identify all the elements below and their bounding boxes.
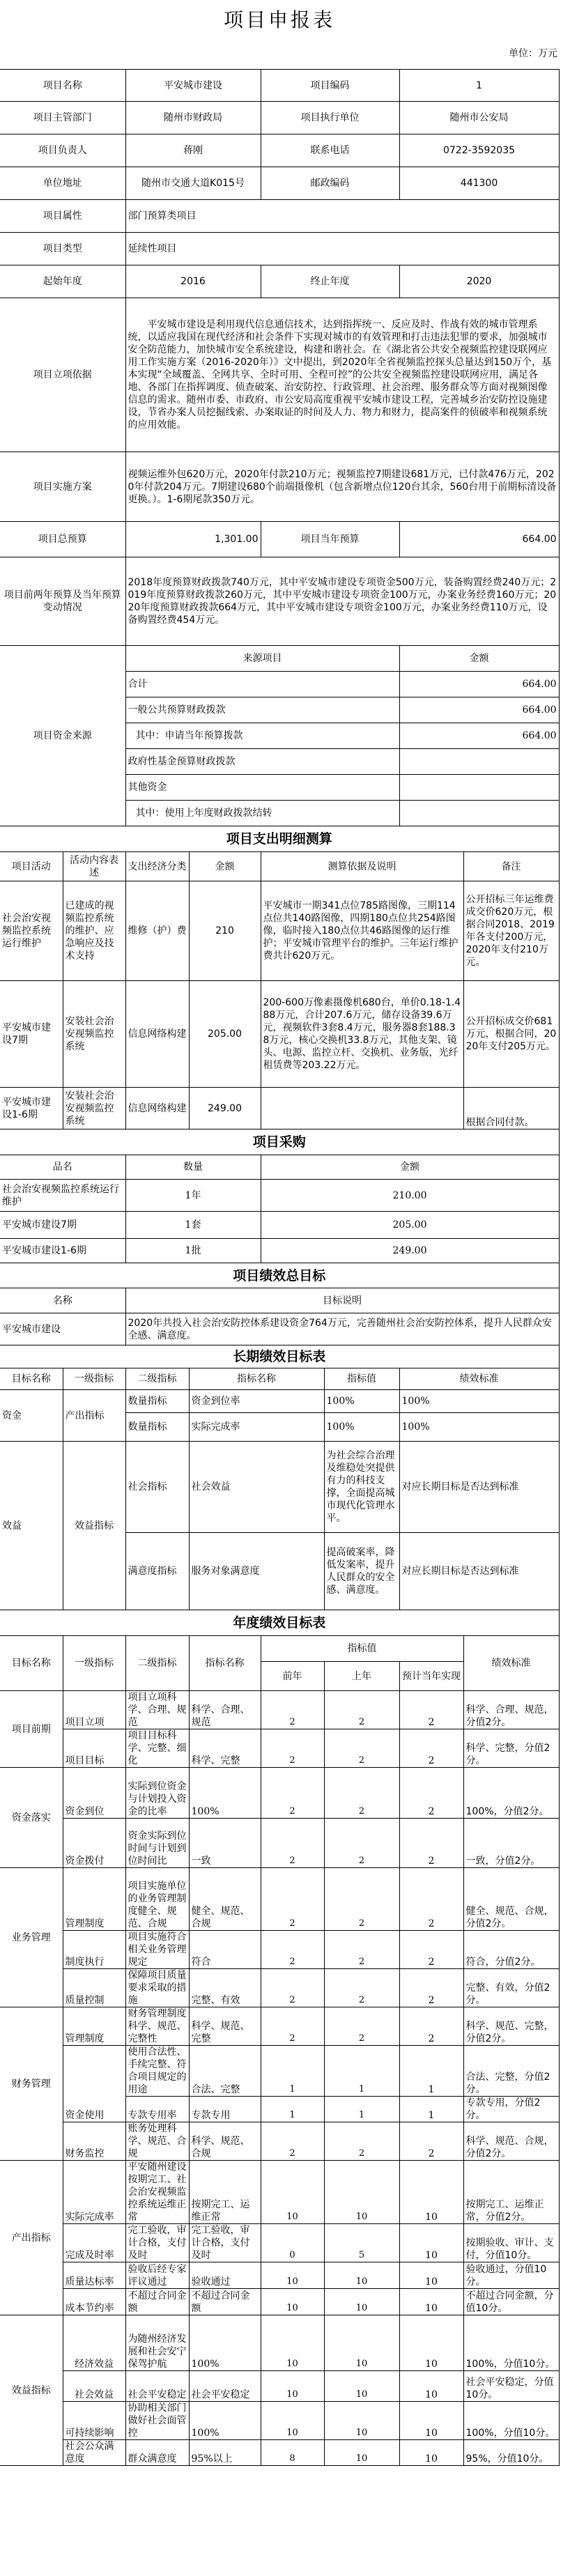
an-prev1: 2 <box>324 1729 399 1768</box>
label-type: 项目类型 <box>0 233 125 265</box>
an-prev2: 2 <box>261 1729 324 1768</box>
label-basis: 项目立项依据 <box>0 298 125 452</box>
an-current: 1 <box>399 2097 463 2122</box>
section-title-overall-goal: 项目绩效总目标 <box>0 1263 559 1288</box>
an-level1: 实际完成率 <box>63 2161 125 2224</box>
an-current: 10 <box>399 2440 463 2466</box>
an-prev2: 0 <box>261 2224 324 2262</box>
an-name: 一致 <box>189 1819 261 1868</box>
an-goal: 项目前期 <box>0 1691 63 1768</box>
an-level2: 完工验收，审计合格，支付及时 <box>125 2224 189 2262</box>
label-end-year: 终止年度 <box>261 265 399 298</box>
expenditure-row: 平安城市建设1-6期 安装社会治安视频监控系统 信息网络构建 249.00 根据… <box>0 1088 559 1129</box>
row-history: 项目前两年预算及当年预算变动情况 2018年度预算财政拨款740万元，其中平安城… <box>0 557 559 646</box>
an-level2: 验收后经专家评议通过 <box>125 2262 189 2289</box>
exp-basis: 200-600万像素摄像机680台，单价0.18-1.488万元，合计207.6… <box>261 981 463 1088</box>
an-level1: 社会公众满意度 <box>63 2440 125 2466</box>
annual-row: 质量达标率 验收后经专家评议通过 验收通过 10 10 10 验收通过，分值10… <box>0 2262 559 2289</box>
col-proc-amount: 金额 <box>261 1155 559 1180</box>
exp-basis <box>261 1088 463 1129</box>
proc-name: 平安城市建设1-6期 <box>0 1239 125 1263</box>
overall-goal-header-row: 名称 目标说明 <box>0 1288 559 1313</box>
exp-category: 信息网络构建 <box>125 981 189 1088</box>
an-current: 2 <box>399 1768 463 1819</box>
an-prev2: 10 <box>261 2315 324 2371</box>
label-year-budget: 项目当年预算 <box>261 522 399 557</box>
section-title-expenditure: 项目支出明细测算 <box>0 826 559 852</box>
annual-row: 成本节约率 不超过合同金额 不超过合同金额 10 10 10 不超过合同金额，分… <box>0 2289 559 2315</box>
row-plan: 项目实施方案 视频运维外包620万元，2020年付款210万元；视频监控7期建设… <box>0 452 559 522</box>
lt-standard: 对应长期目标是否达到标准 <box>399 1442 559 1533</box>
an-level1: 项目目标 <box>63 1729 125 1768</box>
an-goal: 财务管理 <box>0 2007 63 2161</box>
an-level2: 专款专用率 <box>125 2097 189 2122</box>
lt-col-standard: 绩效标准 <box>399 1368 559 1390</box>
an-current: 10 <box>399 2224 463 2262</box>
long-term-title-row: 长期绩效目标表 <box>0 1345 559 1368</box>
exp-note: 公开招标成交价681万元，根据合同，2020年支付205万元。 <box>463 981 559 1088</box>
an-col-value-group: 指标值 <box>261 1636 463 1662</box>
lt-standard: 100% <box>399 1413 559 1442</box>
an-prev2: 10 <box>261 2371 324 2402</box>
an-goal: 资金落实 <box>0 1768 63 1868</box>
exp-content: 已建成的视频监控系统的维护、应急响应及技术支持 <box>63 881 125 981</box>
annual-row: 质量控制 保障项目质量要求采取的措施 完整、有效 2 2 2 完整、有效，分值2… <box>0 1969 559 2007</box>
col-item-name: 品名 <box>0 1155 125 1180</box>
an-goal: 效益指标 <box>0 2315 63 2466</box>
an-prev2: 10 <box>261 2289 324 2315</box>
an-prev1: 2 <box>324 1969 399 2007</box>
value-attribute: 部门预算类项目 <box>125 200 559 233</box>
an-level1: 管理制度 <box>63 2007 125 2046</box>
label-leader: 项目负责人 <box>0 134 125 167</box>
lt-name: 资金到位率 <box>189 1390 324 1413</box>
value-history: 2018年度预算财政拨款740万元，其中平安城市建设专项资金500万元，装备购置… <box>125 557 559 646</box>
lt-col-goal: 目标名称 <box>0 1368 63 1390</box>
an-prev1: 10 <box>324 2371 399 2402</box>
funding-header-row: 项目资金来源 来源项目 金额 <box>0 646 559 672</box>
an-col-goal: 目标名称 <box>0 1636 63 1691</box>
lt-standard: 100% <box>399 1390 559 1413</box>
lt-value: 提高破案率，降低发案率，提升人民群众的安全感、满意度。 <box>324 1533 399 1610</box>
long-term-row: 资金 产出指标 数量指标 资金到位率 100% 100% <box>0 1390 559 1413</box>
row-project-name: 项目名称 平安城市建设 项目编码 1 <box>0 70 559 102</box>
an-current: 10 <box>399 2289 463 2315</box>
an-name: 科学、规范、完整 <box>189 2007 261 2046</box>
exp-activity: 平安城市建设7期 <box>0 981 63 1088</box>
an-name: 科学、规范、合规 <box>189 2122 261 2161</box>
lt-goal: 资金 <box>0 1390 63 1442</box>
value-start-year: 2016 <box>125 265 261 298</box>
an-goal: 业务管理 <box>0 1868 63 2007</box>
an-col-level1: 一级指标 <box>63 1636 125 1691</box>
row-budget: 项目总预算 1,301.00 项目当年预算 664.00 <box>0 522 559 557</box>
exp-note: 根据合同付款。 <box>463 1088 559 1129</box>
col-goal-description: 目标说明 <box>125 1288 559 1313</box>
lt-col-level1: 一级指标 <box>63 1368 125 1390</box>
an-standard: 一致，分值2分。 <box>463 1819 559 1868</box>
an-level2: 资金实际到位时间与计划到位时间比 <box>125 1819 189 1868</box>
overall-goal-title-row: 项目绩效总目标 <box>0 1263 559 1288</box>
an-standard: 科学、规范、合规，分值2分。 <box>463 2122 559 2161</box>
label-project-name: 项目名称 <box>0 70 125 102</box>
label-funding: 项目资金来源 <box>0 646 125 826</box>
proc-qty: 1年 <box>125 1180 261 1212</box>
an-name: 社会平安稳定 <box>189 2371 261 2402</box>
an-name: 合法、完整 <box>189 2046 261 2097</box>
annual-row: 业务管理 管理制度 项目实施单位的业务管理制度健全、规范、合规 健全、规范、合规… <box>0 1868 559 1931</box>
an-col-level2: 二级指标 <box>125 1636 189 1691</box>
an-current: 2 <box>399 1969 463 2007</box>
funding-source-name: 政府性基金预算财政拨款 <box>125 749 399 775</box>
exp-activity: 平安城市建设1-6期 <box>0 1088 63 1129</box>
section-title-procurement: 项目采购 <box>0 1129 559 1155</box>
funding-source-name: 其他资金 <box>125 775 399 801</box>
an-standard: 专款专用，分值2分。 <box>463 2097 559 2122</box>
an-prev2: 1 <box>261 2046 324 2097</box>
an-prev1: 10 <box>324 2440 399 2466</box>
an-current: 2 <box>399 1819 463 1868</box>
label-postcode: 邮政编码 <box>261 167 399 200</box>
an-name: 健全、规范、合规 <box>189 1868 261 1931</box>
lt-level2: 数量指标 <box>125 1390 189 1413</box>
col-note: 备注 <box>463 852 559 881</box>
value-leader: 蒋刚 <box>125 134 261 167</box>
lt-level2: 社会指标 <box>125 1442 189 1533</box>
annual-header-row: 目标名称 一级指标 二级指标 指标名称 指标值 绩效标准 <box>0 1636 559 1662</box>
an-name: 100% <box>189 1768 261 1819</box>
an-prev1: 10 <box>324 2289 399 2315</box>
lt-name: 社会效益 <box>189 1442 324 1533</box>
an-level2: 财务管理制度科学、规范、完整性 <box>125 2007 189 2046</box>
value-project-code: 1 <box>399 70 559 102</box>
an-level1: 质量达标率 <box>63 2262 125 2289</box>
exp-activity: 社会治安视频监控系统运行维护 <box>0 881 63 981</box>
col-basis: 测算依据及说明 <box>261 852 463 881</box>
an-standard: 100%，分值10分。 <box>463 2402 559 2440</box>
annual-row: 社会公众满意度 群众满意度 95%以上 8 10 10 95%，分值10分。 <box>0 2440 559 2466</box>
an-name: 不超过合同金额 <box>189 2289 261 2315</box>
an-current: 1 <box>399 2046 463 2097</box>
row-contact: 项目负责人 蒋刚 联系电话 0722-3592035 <box>0 134 559 167</box>
procurement-row: 平安城市建设7期 1套 205.00 <box>0 1212 559 1239</box>
funding-source-name: 其中：使用上年度财政拨款结转 <box>125 801 399 826</box>
an-standard: 不超过合同金额，分值10分。 <box>463 2289 559 2315</box>
an-prev1: 1 <box>324 2046 399 2097</box>
annual-row: 完成及时率 完工验收，审计合格，支付及时 完工验收，审计合格，支付及时 0 5 … <box>0 2224 559 2262</box>
long-term-row: 效益 效益指标 社会指标 社会效益 为社会综合治理及维稳处突提供有力的科技支撑，… <box>0 1442 559 1533</box>
expenditure-row: 社会治安视频监控系统运行维护 已建成的视频监控系统的维护、应急响应及技术支持 维… <box>0 881 559 981</box>
an-prev2: 1 <box>261 2097 324 2122</box>
lt-standard: 对应长期目标是否达到标准 <box>399 1533 559 1610</box>
lt-level2: 满意度指标 <box>125 1533 189 1610</box>
row-attribute: 项目属性 部门预算类项目 <box>0 200 559 233</box>
an-prev1: 2 <box>324 1768 399 1819</box>
annual-row: 资金使用 使用合法性、手续完整、符合项目规定的用途 合法、完整 1 1 1 合法… <box>0 2046 559 2097</box>
lt-level1: 产出指标 <box>63 1390 125 1442</box>
exp-content: 安装社会治安视频监控系统 <box>63 981 125 1088</box>
value-executing-unit: 随州市公安局 <box>399 102 559 134</box>
label-plan: 项目实施方案 <box>0 452 125 522</box>
lt-name: 实际完成率 <box>189 1413 324 1442</box>
an-prev2: 2 <box>261 1931 324 1969</box>
annual-row: 产出指标 实际完成率 平安随州建设按期完工、社会治安视频监控系统运维正常 按期完… <box>0 2161 559 2224</box>
lt-value: 为社会综合治理及维稳处突提供有力的科技支撑，全面提高城市现代化管理水平。 <box>324 1442 399 1533</box>
value-end-year: 2020 <box>399 265 559 298</box>
an-standard: 按期验收、审计、支付，分值10分。 <box>463 2224 559 2262</box>
funding-amount: 664.00 <box>399 672 559 697</box>
exp-content: 安装社会治安视频监控系统 <box>63 1088 125 1129</box>
exp-basis: 平安城市一期341点位785路图像，三期114点位共140路图像，四期180点位… <box>261 881 463 981</box>
value-phone: 0722-3592035 <box>399 134 559 167</box>
an-name: 专款专用 <box>189 2097 261 2122</box>
value-plan: 视频运维外包620万元，2020年付款210万元；视频监控7期建设681万元，已… <box>125 452 559 522</box>
funding-source-name: 其中：申请当年预算拨款 <box>125 723 399 749</box>
value-total-budget: 1,301.00 <box>125 522 261 557</box>
long-term-header-row: 目标名称 一级指标 二级指标 指标名称 指标值 绩效标准 <box>0 1368 559 1390</box>
section-title-annual: 年度绩效目标表 <box>0 1610 559 1636</box>
an-prev2: 2 <box>261 2007 324 2046</box>
annual-row: 资金拨付 资金实际到位时间与计划到位时间比 一致 2 2 2 一致，分值2分。 <box>0 1819 559 1868</box>
label-total-budget: 项目总预算 <box>0 522 125 557</box>
an-prev2: 10 <box>261 2161 324 2224</box>
annual-row: 可持续影响 协助相关部门做好社会面管控 100% 10 10 10 100%，分… <box>0 2402 559 2440</box>
an-prev2: 10 <box>261 2262 324 2289</box>
label-start-year: 起始年度 <box>0 265 125 298</box>
value-supervisor-dept: 随州市财政局 <box>125 102 261 134</box>
procurement-header-row: 品名 数量 金额 <box>0 1155 559 1180</box>
section-title-long-term: 长期绩效目标表 <box>0 1345 559 1368</box>
goal-name: 平安城市建设 <box>0 1313 125 1345</box>
an-current: 2 <box>399 2007 463 2046</box>
lt-col-level2: 二级指标 <box>125 1368 189 1390</box>
an-prev2: 2 <box>261 1969 324 2007</box>
an-name: 完整、有效 <box>189 1969 261 2007</box>
an-level1: 项目立项 <box>63 1691 125 1729</box>
expenditure-header-row: 项目活动 活动内容表述 支出经济分类 金额 测算依据及说明 备注 <box>0 852 559 881</box>
funding-col-amount: 金额 <box>399 646 559 672</box>
proc-name: 社会治安视频监控系统运行维护 <box>0 1180 125 1212</box>
an-prev1: 10 <box>324 2161 399 2224</box>
exp-amount: 205.00 <box>189 981 261 1088</box>
an-col-name: 指标名称 <box>189 1636 261 1691</box>
lt-value: 100% <box>324 1413 399 1442</box>
an-col-prev1: 上年 <box>324 1662 399 1691</box>
an-current: 2 <box>399 1691 463 1729</box>
an-level1: 完成及时率 <box>63 2224 125 2262</box>
exp-category: 维修（护）费 <box>125 881 189 981</box>
label-phone: 联系电话 <box>261 134 399 167</box>
expenditure-title-row: 项目支出明细测算 <box>0 826 559 852</box>
value-type: 延续性项目 <box>125 233 559 265</box>
an-standard: 科学、完整，分值2分。 <box>463 1729 559 1768</box>
an-current: 2 <box>399 1729 463 1768</box>
overall-goal-row: 平安城市建设 2020年共投入社会治安防控体系建设资金764万元，完善随州社会治… <box>0 1313 559 1345</box>
an-level2: 项目实施单位的业务管理制度健全、规范、合规 <box>125 1868 189 1931</box>
an-col-standard: 绩效标准 <box>463 1636 559 1691</box>
label-history: 项目前两年预算及当年预算变动情况 <box>0 557 125 646</box>
an-col-current: 预计当年实现 <box>399 1662 463 1691</box>
proc-qty: 1套 <box>125 1212 261 1239</box>
exp-amount: 249.00 <box>189 1088 261 1129</box>
an-standard: 完整、有效，分值2分。 <box>463 1969 559 2007</box>
an-name: 按期完工、运维正常 <box>189 2161 261 2224</box>
an-current: 2 <box>399 2122 463 2161</box>
an-level2: 协助相关部门做好社会面管控 <box>125 2402 189 2440</box>
an-prev1: 2 <box>324 2007 399 2046</box>
label-attribute: 项目属性 <box>0 200 125 233</box>
unit-label: 单位：万元 <box>509 46 557 61</box>
an-current: 10 <box>399 2402 463 2440</box>
an-prev1: 10 <box>324 2315 399 2371</box>
goal-description: 2020年共投入社会治安防控体系建设资金764万元，完善随州社会治安防控体系，提… <box>125 1313 559 1345</box>
an-col-prev2: 前年 <box>261 1662 324 1691</box>
lt-level1: 效益指标 <box>63 1442 125 1610</box>
an-standard: 95%，分值10分。 <box>463 2440 559 2466</box>
procurement-row: 平安城市建设1-6期 1批 249.00 <box>0 1239 559 1263</box>
an-standard: 合法、完整，分值2分。 <box>463 2046 559 2097</box>
funding-source-name: 合计 <box>125 672 399 697</box>
col-activity: 项目活动 <box>0 852 63 881</box>
an-current: 10 <box>399 2262 463 2289</box>
an-prev2: 2 <box>261 2122 324 2161</box>
an-current: 10 <box>399 2161 463 2224</box>
value-address: 随州市交通大道K015号 <box>125 167 261 200</box>
an-prev1: 5 <box>324 2224 399 2262</box>
an-prev2: 2 <box>261 1819 324 1868</box>
an-name: 100% <box>189 2402 261 2440</box>
an-standard: 科学、合理、规范，分值2分。 <box>463 1691 559 1729</box>
annual-title-row: 年度绩效目标表 <box>0 1610 559 1636</box>
funding-amount <box>399 749 559 775</box>
an-level1: 社会效益 <box>63 2371 125 2402</box>
an-current: 2 <box>399 1868 463 1931</box>
lt-value: 100% <box>324 1390 399 1413</box>
an-level2: 项目立项科学、合理、规范 <box>125 1691 189 1729</box>
value-basis: 平安城市建设是利用现代信息通信技术，达到指挥统一、反应及时、作战有效的城市管理系… <box>125 298 559 452</box>
row-departments: 项目主管部门 随州市财政局 项目执行单位 随州市公安局 <box>0 102 559 134</box>
procurement-title-row: 项目采购 <box>0 1129 559 1155</box>
project-application-table: 项目名称 平安城市建设 项目编码 1 项目主管部门 随州市财政局 项目执行单位 … <box>0 69 560 2466</box>
an-standard: 社会平安稳定，分值10分。 <box>463 2371 559 2402</box>
an-prev2: 2 <box>261 1868 324 1931</box>
col-quantity: 数量 <box>125 1155 261 1180</box>
lt-col-name: 指标名称 <box>189 1368 324 1390</box>
annual-row: 效益指标 经济效益 为随州经济发展和社会安宁保驾护航 100% 10 10 10… <box>0 2315 559 2371</box>
an-current: 2 <box>399 1931 463 1969</box>
an-prev2: 10 <box>261 2402 324 2440</box>
annual-row: 财务监控 账务处理科学、规范、合规 科学、规范、合规 2 2 2 科学、规范、合… <box>0 2122 559 2161</box>
an-level1: 经济效益 <box>63 2315 125 2371</box>
row-address: 单位地址 随州市交通大道K015号 邮政编码 441300 <box>0 167 559 200</box>
an-name: 验收通过 <box>189 2262 261 2289</box>
label-project-code: 项目编码 <box>261 70 399 102</box>
an-level1: 制度执行 <box>63 1931 125 1969</box>
an-level1: 财务监控 <box>63 2122 125 2161</box>
an-standard: 100%，分值10分。 <box>463 2315 559 2371</box>
proc-amount: 205.00 <box>261 1212 559 1239</box>
an-current: 10 <box>399 2315 463 2371</box>
an-level1: 资金拨付 <box>63 1819 125 1868</box>
annual-row: 项目目标 项目目标科学、完整、细化 科学、完整 2 2 2 科学、完整，分值2分… <box>0 1729 559 1768</box>
an-name: 完工验收，审计合格，支付及时 <box>189 2224 261 2262</box>
an-level1: 质量控制 <box>63 1969 125 2007</box>
an-standard: 按期完工、运维正常，分值2分。 <box>463 2161 559 2224</box>
row-type: 项目类型 延续性项目 <box>0 233 559 265</box>
an-level2: 使用合法性、手续完整、符合项目规定的用途 <box>125 2046 189 2097</box>
an-current: 10 <box>399 2371 463 2402</box>
col-goal-name: 名称 <box>0 1288 125 1313</box>
label-supervisor-dept: 项目主管部门 <box>0 102 125 134</box>
an-standard: 科学、规范、完整，分值2分。 <box>463 2007 559 2046</box>
an-level1: 管理制度 <box>63 1868 125 1931</box>
proc-amount: 210.00 <box>261 1180 559 1212</box>
an-prev2: 8 <box>261 2440 324 2466</box>
label-executing-unit: 项目执行单位 <box>261 102 399 134</box>
an-prev1: 10 <box>324 2402 399 2440</box>
value-project-name: 平安城市建设 <box>125 70 261 102</box>
an-name: 100% <box>189 2315 261 2371</box>
an-level1: 可持续影响 <box>63 2402 125 2440</box>
value-year-budget: 664.00 <box>399 522 559 557</box>
an-level2: 为随州经济发展和社会安宁保驾护航 <box>125 2315 189 2371</box>
funding-amount: 664.00 <box>399 697 559 723</box>
exp-note: 公开招标三年运维费成交价620万元，根据合同2018、2019年各支付200万元… <box>463 881 559 981</box>
an-level2: 社会平安稳定 <box>125 2371 189 2402</box>
document-title: 项目申报表 <box>0 4 559 36</box>
an-name: 科学、合理、规范 <box>189 1691 261 1729</box>
an-level1: 成本节约率 <box>63 2289 125 2315</box>
an-prev2: 2 <box>261 1768 324 1819</box>
funding-col-source: 来源项目 <box>125 646 399 672</box>
annual-row: 资金落实 资金到位 实际到位资金与计划投入资金的比率 100% 2 2 2 10… <box>0 1768 559 1819</box>
an-name: 95%以上 <box>189 2440 261 2466</box>
an-prev1: 2 <box>324 1931 399 1969</box>
an-level2: 项目实施符合相关业务管理规定 <box>125 1931 189 1969</box>
row-years: 起始年度 2016 终止年度 2020 <box>0 265 559 298</box>
an-standard: 健全、规范、合规，分值2分。 <box>463 1868 559 1931</box>
an-level2: 账务处理科学、规范、合规 <box>125 2122 189 2161</box>
col-category: 支出经济分类 <box>125 852 189 881</box>
an-standard: 符合，分值2分。 <box>463 1931 559 1969</box>
an-level2: 保障项目质量要求采取的措施 <box>125 1969 189 2007</box>
proc-qty: 1批 <box>125 1239 261 1263</box>
row-basis: 项目立项依据 平安城市建设是利用现代信息通信技术，达到指挥统一、反应及时、作战有… <box>0 298 559 452</box>
lt-level2: 数量指标 <box>125 1413 189 1442</box>
an-level2: 项目目标科学、完整、细化 <box>125 1729 189 1768</box>
funding-amount: 664.00 <box>399 723 559 749</box>
proc-amount: 249.00 <box>261 1239 559 1263</box>
annual-row: 项目前期 项目立项 项目立项科学、合理、规范 科学、合理、规范 2 2 2 科学… <box>0 1691 559 1729</box>
an-level2: 平安随州建设按期完工、社会治安视频监控系统运维正常 <box>125 2161 189 2224</box>
annual-row: 社会效益 社会平安稳定 社会平安稳定 10 10 10 社会平安稳定，分值10分… <box>0 2371 559 2402</box>
an-level1: 资金使用 <box>63 2046 125 2122</box>
expenditure-row: 平安城市建设7期 安装社会治安视频监控系统 信息网络构建 205.00 200-… <box>0 981 559 1088</box>
an-level2: 实际到位资金与计划投入资金的比率 <box>125 1768 189 1819</box>
col-amount: 金额 <box>189 852 261 881</box>
an-prev1: 2 <box>324 1691 399 1729</box>
an-standard: 100%，分值2分。 <box>463 1768 559 1819</box>
exp-category: 信息网络构建 <box>125 1088 189 1129</box>
lt-goal: 效益 <box>0 1442 63 1610</box>
an-name: 科学、完整 <box>189 1729 261 1768</box>
col-content: 活动内容表述 <box>63 852 125 881</box>
an-prev2: 2 <box>261 1691 324 1729</box>
an-prev1: 2 <box>324 1819 399 1868</box>
an-prev1: 10 <box>324 2262 399 2289</box>
lt-name: 服务对象满意度 <box>189 1533 324 1610</box>
an-prev1: 2 <box>324 2122 399 2161</box>
